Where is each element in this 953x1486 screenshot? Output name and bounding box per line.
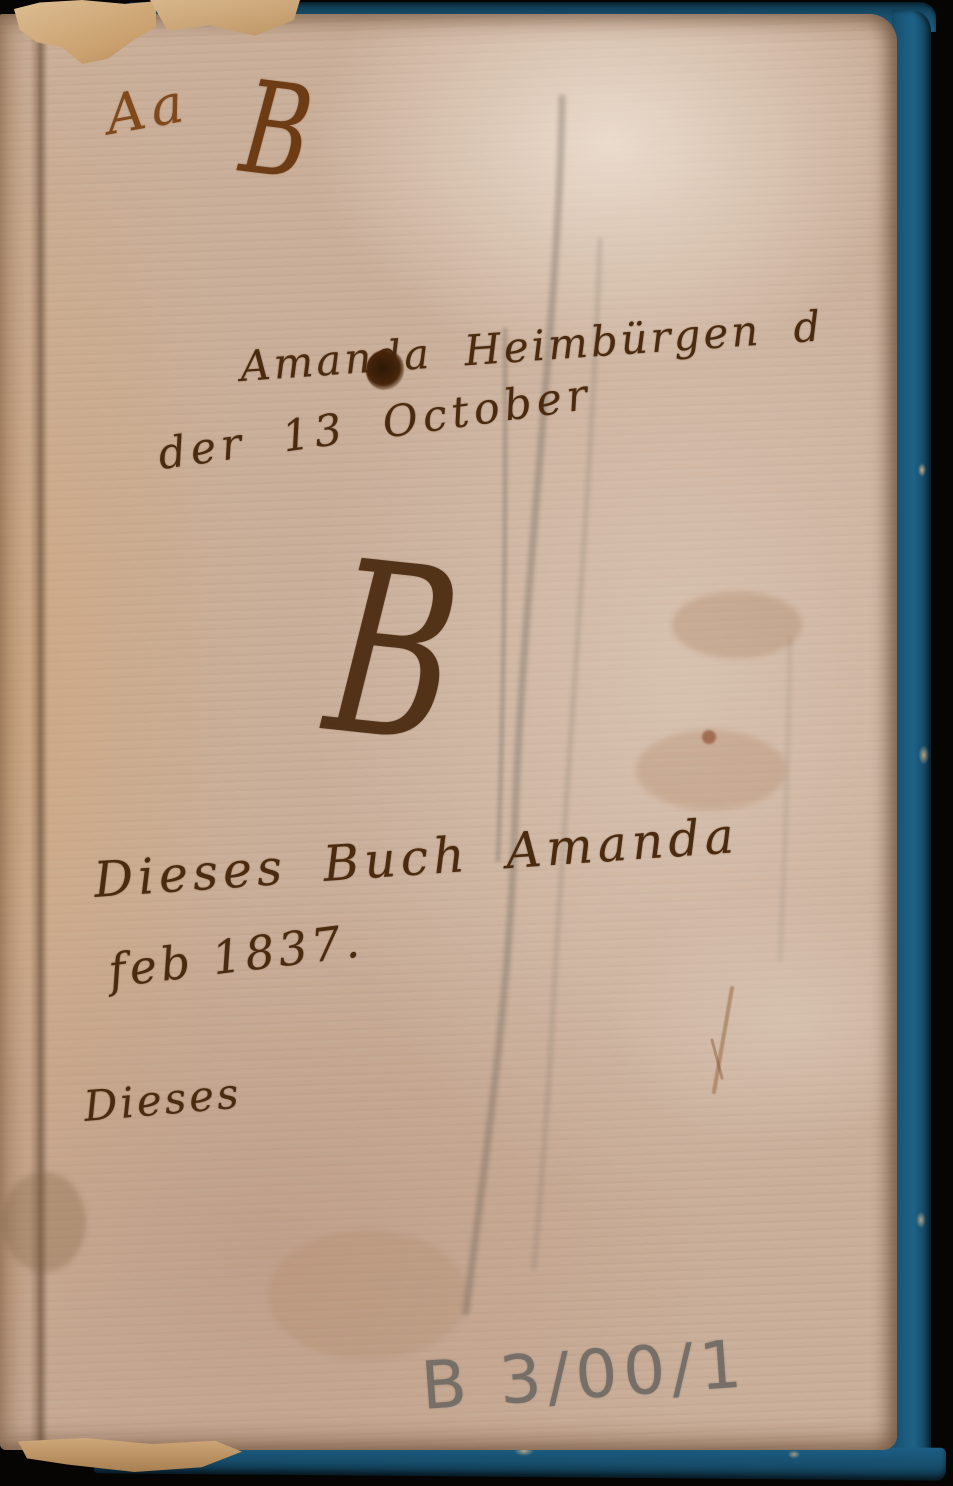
foxing-stain <box>268 1230 468 1360</box>
inscription-center-monogram: B <box>318 529 468 779</box>
book-cover-edge-right <box>892 10 931 1462</box>
ink-speck <box>702 730 716 744</box>
book-scan-photo: Aa B Amanda Heimbürgen d der 13 October … <box>0 0 953 1486</box>
foxing-stain <box>672 592 802 658</box>
edge-smudge <box>2 1172 86 1272</box>
flyleaf-page <box>0 14 897 1450</box>
